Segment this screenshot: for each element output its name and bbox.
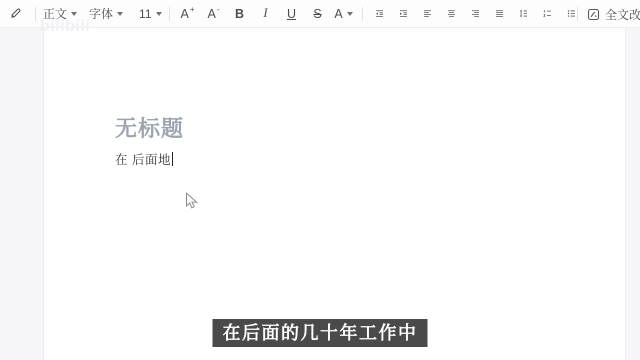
underline-button[interactable]: U — [285, 4, 299, 24]
bold-button[interactable]: B — [233, 4, 247, 24]
increase-font-size-button[interactable]: A + — [181, 4, 195, 24]
bold-icon: B — [235, 7, 244, 21]
align-right-button[interactable] — [469, 4, 482, 24]
font-family-label: 字体 — [89, 5, 113, 22]
font-size-value: 11 — [139, 7, 151, 21]
justify-button[interactable] — [493, 4, 506, 24]
chevron-down-icon — [347, 12, 353, 16]
body-text: 在 后面地 — [115, 153, 171, 167]
toolbar-divider — [169, 7, 170, 21]
bullet-list-icon — [567, 7, 576, 20]
plus-mark: + — [190, 5, 195, 14]
font-color-button[interactable]: A — [337, 4, 351, 24]
font-size-dropdown[interactable]: 11 — [137, 4, 163, 24]
paragraph-style-label: 正文 — [43, 5, 67, 22]
numbered-list-icon — [543, 7, 552, 20]
toolbar: 正文 字体 11 A + A - B I U S A — [0, 0, 640, 28]
indent-decrease-icon — [375, 7, 384, 20]
decrease-font-size-icon: A — [208, 7, 216, 21]
underline-icon: U — [287, 7, 296, 21]
document-page[interactable]: 无标题 在 后面地 — [44, 28, 625, 360]
numbered-list-button[interactable] — [541, 4, 554, 24]
italic-icon: I — [263, 6, 267, 21]
line-spacing-button[interactable] — [517, 4, 530, 24]
format-painter-icon — [9, 7, 22, 20]
paragraph-style-dropdown[interactable]: 正文 — [41, 4, 79, 24]
chevron-down-icon — [156, 12, 162, 16]
align-left-button[interactable] — [421, 4, 434, 24]
justify-icon — [495, 7, 504, 20]
chevron-down-icon — [71, 12, 77, 16]
indent-increase-button[interactable] — [397, 4, 410, 24]
align-left-icon — [423, 7, 432, 20]
video-subtitle: 在后面的几十年工作中 — [213, 319, 428, 347]
text-caret — [172, 152, 173, 166]
format-painter-button[interactable] — [7, 4, 24, 24]
align-center-button[interactable] — [445, 4, 458, 24]
document-title-placeholder[interactable]: 无标题 — [115, 112, 184, 143]
toolbar-divider — [577, 7, 578, 21]
align-right-icon — [471, 7, 480, 20]
rewrite-full-text-button[interactable]: 全文改写 — [585, 0, 640, 28]
chevron-down-icon — [117, 12, 123, 16]
strikethrough-icon: S — [313, 7, 321, 21]
rewrite-icon — [587, 8, 600, 21]
indent-increase-icon — [399, 7, 408, 20]
align-center-icon — [447, 7, 456, 20]
font-color-icon: A — [334, 7, 342, 21]
minus-mark: - — [217, 5, 220, 14]
decrease-font-size-button[interactable]: A - — [207, 4, 221, 24]
toolbar-divider — [362, 7, 363, 21]
toolbar-divider — [35, 7, 36, 21]
strikethrough-button[interactable]: S — [311, 4, 325, 24]
increase-font-size-icon: A — [181, 7, 189, 21]
document-body-text[interactable]: 在 后面地 — [115, 150, 173, 168]
font-family-dropdown[interactable]: 字体 — [87, 4, 125, 24]
indent-decrease-button[interactable] — [373, 4, 386, 24]
rewrite-label: 全文改写 — [605, 6, 640, 23]
line-spacing-icon — [519, 7, 528, 20]
italic-button[interactable]: I — [259, 4, 273, 24]
